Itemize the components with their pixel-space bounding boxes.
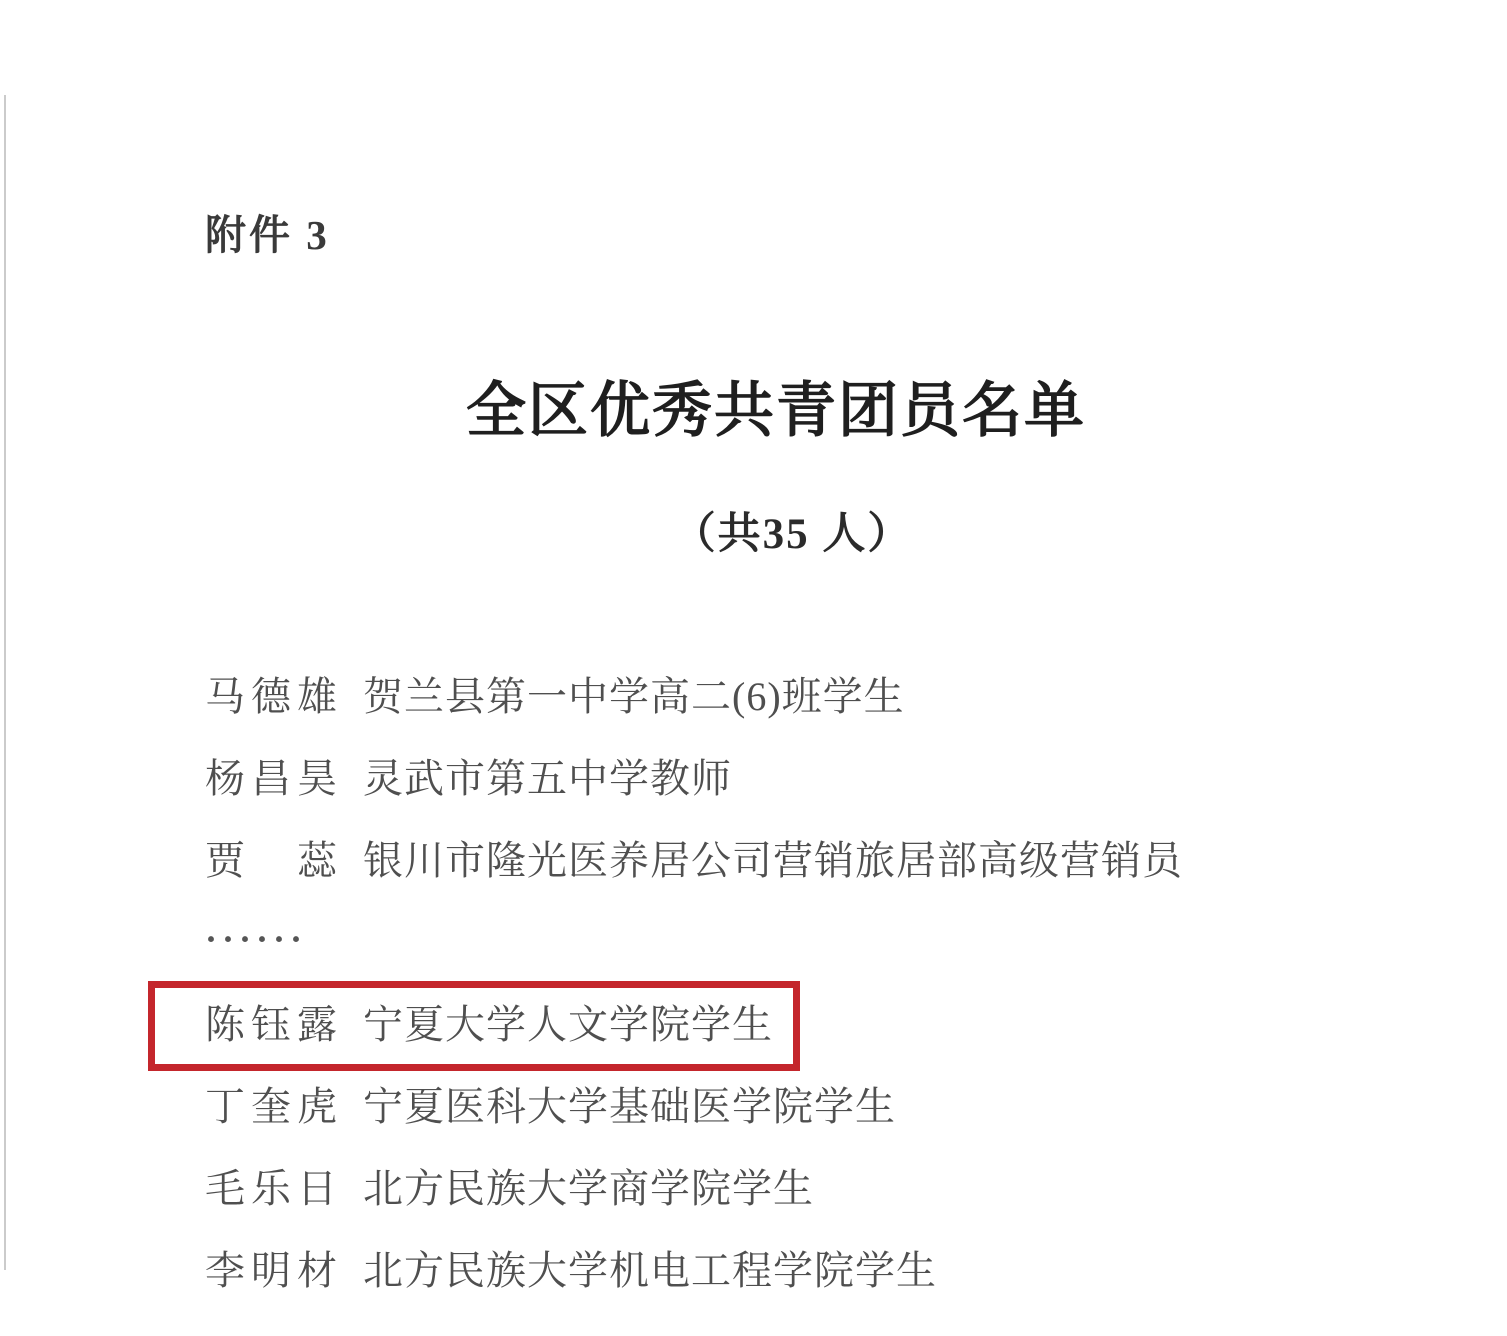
member-name: 贾蕊 [205,829,337,886]
member-description: 贺兰县第一中学高二(6)班学生 [363,665,905,722]
member-name: 李明材 [205,1239,337,1296]
list-item: 杨昌昊灵武市第五中学教师 [205,734,1467,816]
list-item: 李明材北方民族大学机电工程学院学生 [205,1226,1467,1308]
page-title: 全区优秀共青团员名单 [45,363,1507,449]
member-description: 银川市隆光医养居公司营销旅居部高级营销员 [363,829,1183,886]
list-item: 毛乐日北方民族大学商学院学生 [205,1144,1467,1226]
list-ellipsis-row: ······ [205,898,1467,980]
member-description: 北方民族大学机电工程学院学生 [363,1239,937,1296]
member-name: 丁奎虎 [205,1075,337,1132]
page-subtitle: （共35 人） [78,500,1507,561]
list-item: 马德雄贺兰县第一中学高二(6)班学生 [205,652,1467,734]
attachment-label: 附件 3 [205,202,330,261]
document-page: { "page": { "attachment_label": "附件 3", … [0,0,1507,1336]
member-list: 马德雄贺兰县第一中学高二(6)班学生杨昌昊灵武市第五中学教师贾蕊银川市隆光医养居… [205,652,1467,1308]
member-name: 杨昌昊 [205,747,337,804]
member-name: 陈钰露 [205,993,337,1050]
member-name: 毛乐日 [205,1157,337,1214]
ellipsis-dots: ······ [205,918,307,960]
list-item: 陈钰露宁夏大学人文学院学生 [205,980,1467,1062]
member-name: 马德雄 [205,665,337,722]
page-edge-line [4,95,6,1270]
member-description: 宁夏医科大学基础医学院学生 [363,1075,896,1132]
list-item: 贾蕊银川市隆光医养居公司营销旅居部高级营销员 [205,816,1467,898]
member-description: 灵武市第五中学教师 [363,747,732,804]
list-item: 丁奎虎宁夏医科大学基础医学院学生 [205,1062,1467,1144]
member-description: 宁夏大学人文学院学生 [363,993,773,1050]
member-description: 北方民族大学商学院学生 [363,1157,814,1214]
